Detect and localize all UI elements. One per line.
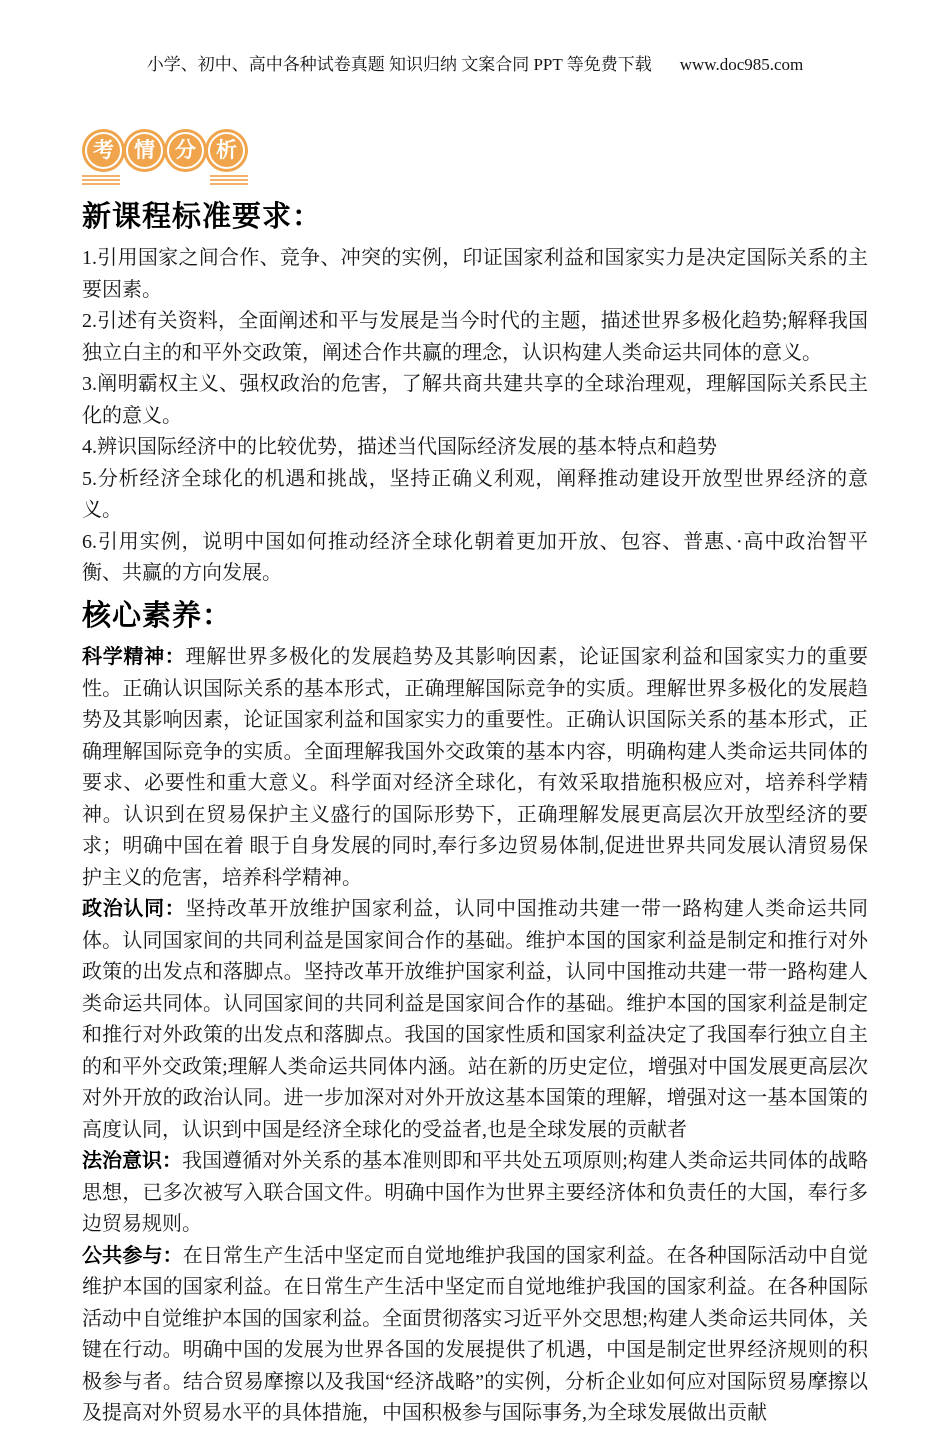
competency-label-scientific-spirit: 科学精神： (82, 646, 186, 668)
badge-char-2: 情 (134, 140, 155, 161)
standards-item-3: 3.阐明霸权主义、强权政治的危害，了解共商共建共享的全球治理观，理解国际关系民主… (82, 369, 868, 432)
badge-underline-right (210, 175, 248, 185)
badge-circle-2: 情 (123, 129, 166, 172)
competency-text-political-identity: 坚持改革开放维护国家利益，认同中国推动共建一带一路构建人类命运共同体。认同国家间… (82, 898, 868, 1141)
competency-public-participation: 公共参与：在日常生产生活中坚定而自觉地维护我国的国家利益。在各种国际活动中自觉维… (82, 1241, 868, 1430)
standards-item-4: 4.辨识国际经济中的比较优势，描述当代国际经济发展的基本特点和趋势 (82, 432, 868, 464)
standards-item-5: 5.分析经济全球化的机遇和挑战，坚持正确义利观，阐释推动建设开放型世界经济的意义… (82, 464, 868, 527)
competency-label-political-identity: 政治认同： (82, 898, 186, 920)
badge-char-3: 分 (175, 140, 196, 161)
header-promo-text: 小学、初中、高中各种试卷真题 知识归纳 文案合同 PPT 等免费下载 (147, 55, 652, 74)
standards-list: 1.引用国家之间合作、竞争、冲突的实例，印证国家利益和国家实力是决定国际关系的主… (82, 243, 868, 590)
competency-label-public-participation: 公共参与： (82, 1245, 183, 1267)
page-header: 小学、初中、高中各种试卷真题 知识归纳 文案合同 PPT 等免费下载www.do… (0, 0, 950, 75)
standards-item-1: 1.引用国家之间合作、竞争、冲突的实例，印证国家利益和国家实力是决定国际关系的主… (82, 243, 868, 306)
badge-circles: 考 情 分 析 (82, 129, 250, 172)
exam-analysis-badge: 考 情 分 析 (82, 129, 250, 185)
competencies-section-title: 核心素养： (82, 598, 868, 634)
badge-circle-4: 析 (205, 129, 248, 172)
competency-scientific-spirit: 科学精神：理解世界多极化的发展趋势及其影响因素，论证国家利益和国家实力的重要性。… (82, 642, 868, 894)
standards-section-title: 新课程标准要求： (82, 199, 868, 235)
document-page: { "header": { "promo": "小学、初中、高中各种试卷真题 知… (0, 0, 950, 1430)
competency-text-public-participation: 在日常生产生活中坚定而自觉地维护我国的国家利益。在各种国际活动中自觉维护本国的国… (82, 1245, 868, 1425)
competency-rule-of-law: 法治意识：我国遵循对外关系的基本准则即和平共处五项原则;构建人类命运共同体的战略… (82, 1146, 868, 1241)
competency-label-rule-of-law: 法治意识： (82, 1150, 182, 1172)
standards-item-2: 2.引述有关资料，全面阐述和平与发展是当今时代的主题，描述世界多极化趋势;解释我… (82, 306, 868, 369)
badge-char-1: 考 (93, 140, 114, 161)
badge-underline-left (82, 175, 120, 185)
document-body: 考 情 分 析 新课程标准要求： 1.引用国家之间合作、竞争、冲突的实例，印证国… (82, 129, 868, 1430)
competency-text-rule-of-law: 我国遵循对外关系的基本准则即和平共处五项原则;构建人类命运共同体的战略思想，已多… (82, 1150, 868, 1235)
badge-circle-1: 考 (82, 129, 125, 172)
competency-text-scientific-spirit: 理解世界多极化的发展趋势及其影响因素，论证国家利益和国家实力的重要性。正确认识国… (82, 646, 868, 889)
competencies-block: 科学精神：理解世界多极化的发展趋势及其影响因素，论证国家利益和国家实力的重要性。… (82, 642, 868, 1430)
badge-circle-3: 分 (164, 129, 207, 172)
standards-item-6: 6.引用实例，说明中国如何推动经济全球化朝着更加开放、包容、普惠、·高中政治智平… (82, 527, 868, 590)
badge-char-4: 析 (216, 140, 237, 161)
competency-political-identity: 政治认同：坚持改革开放维护国家利益，认同中国推动共建一带一路构建人类命运共同体。… (82, 894, 868, 1146)
header-site-url: www.doc985.com (680, 55, 804, 74)
